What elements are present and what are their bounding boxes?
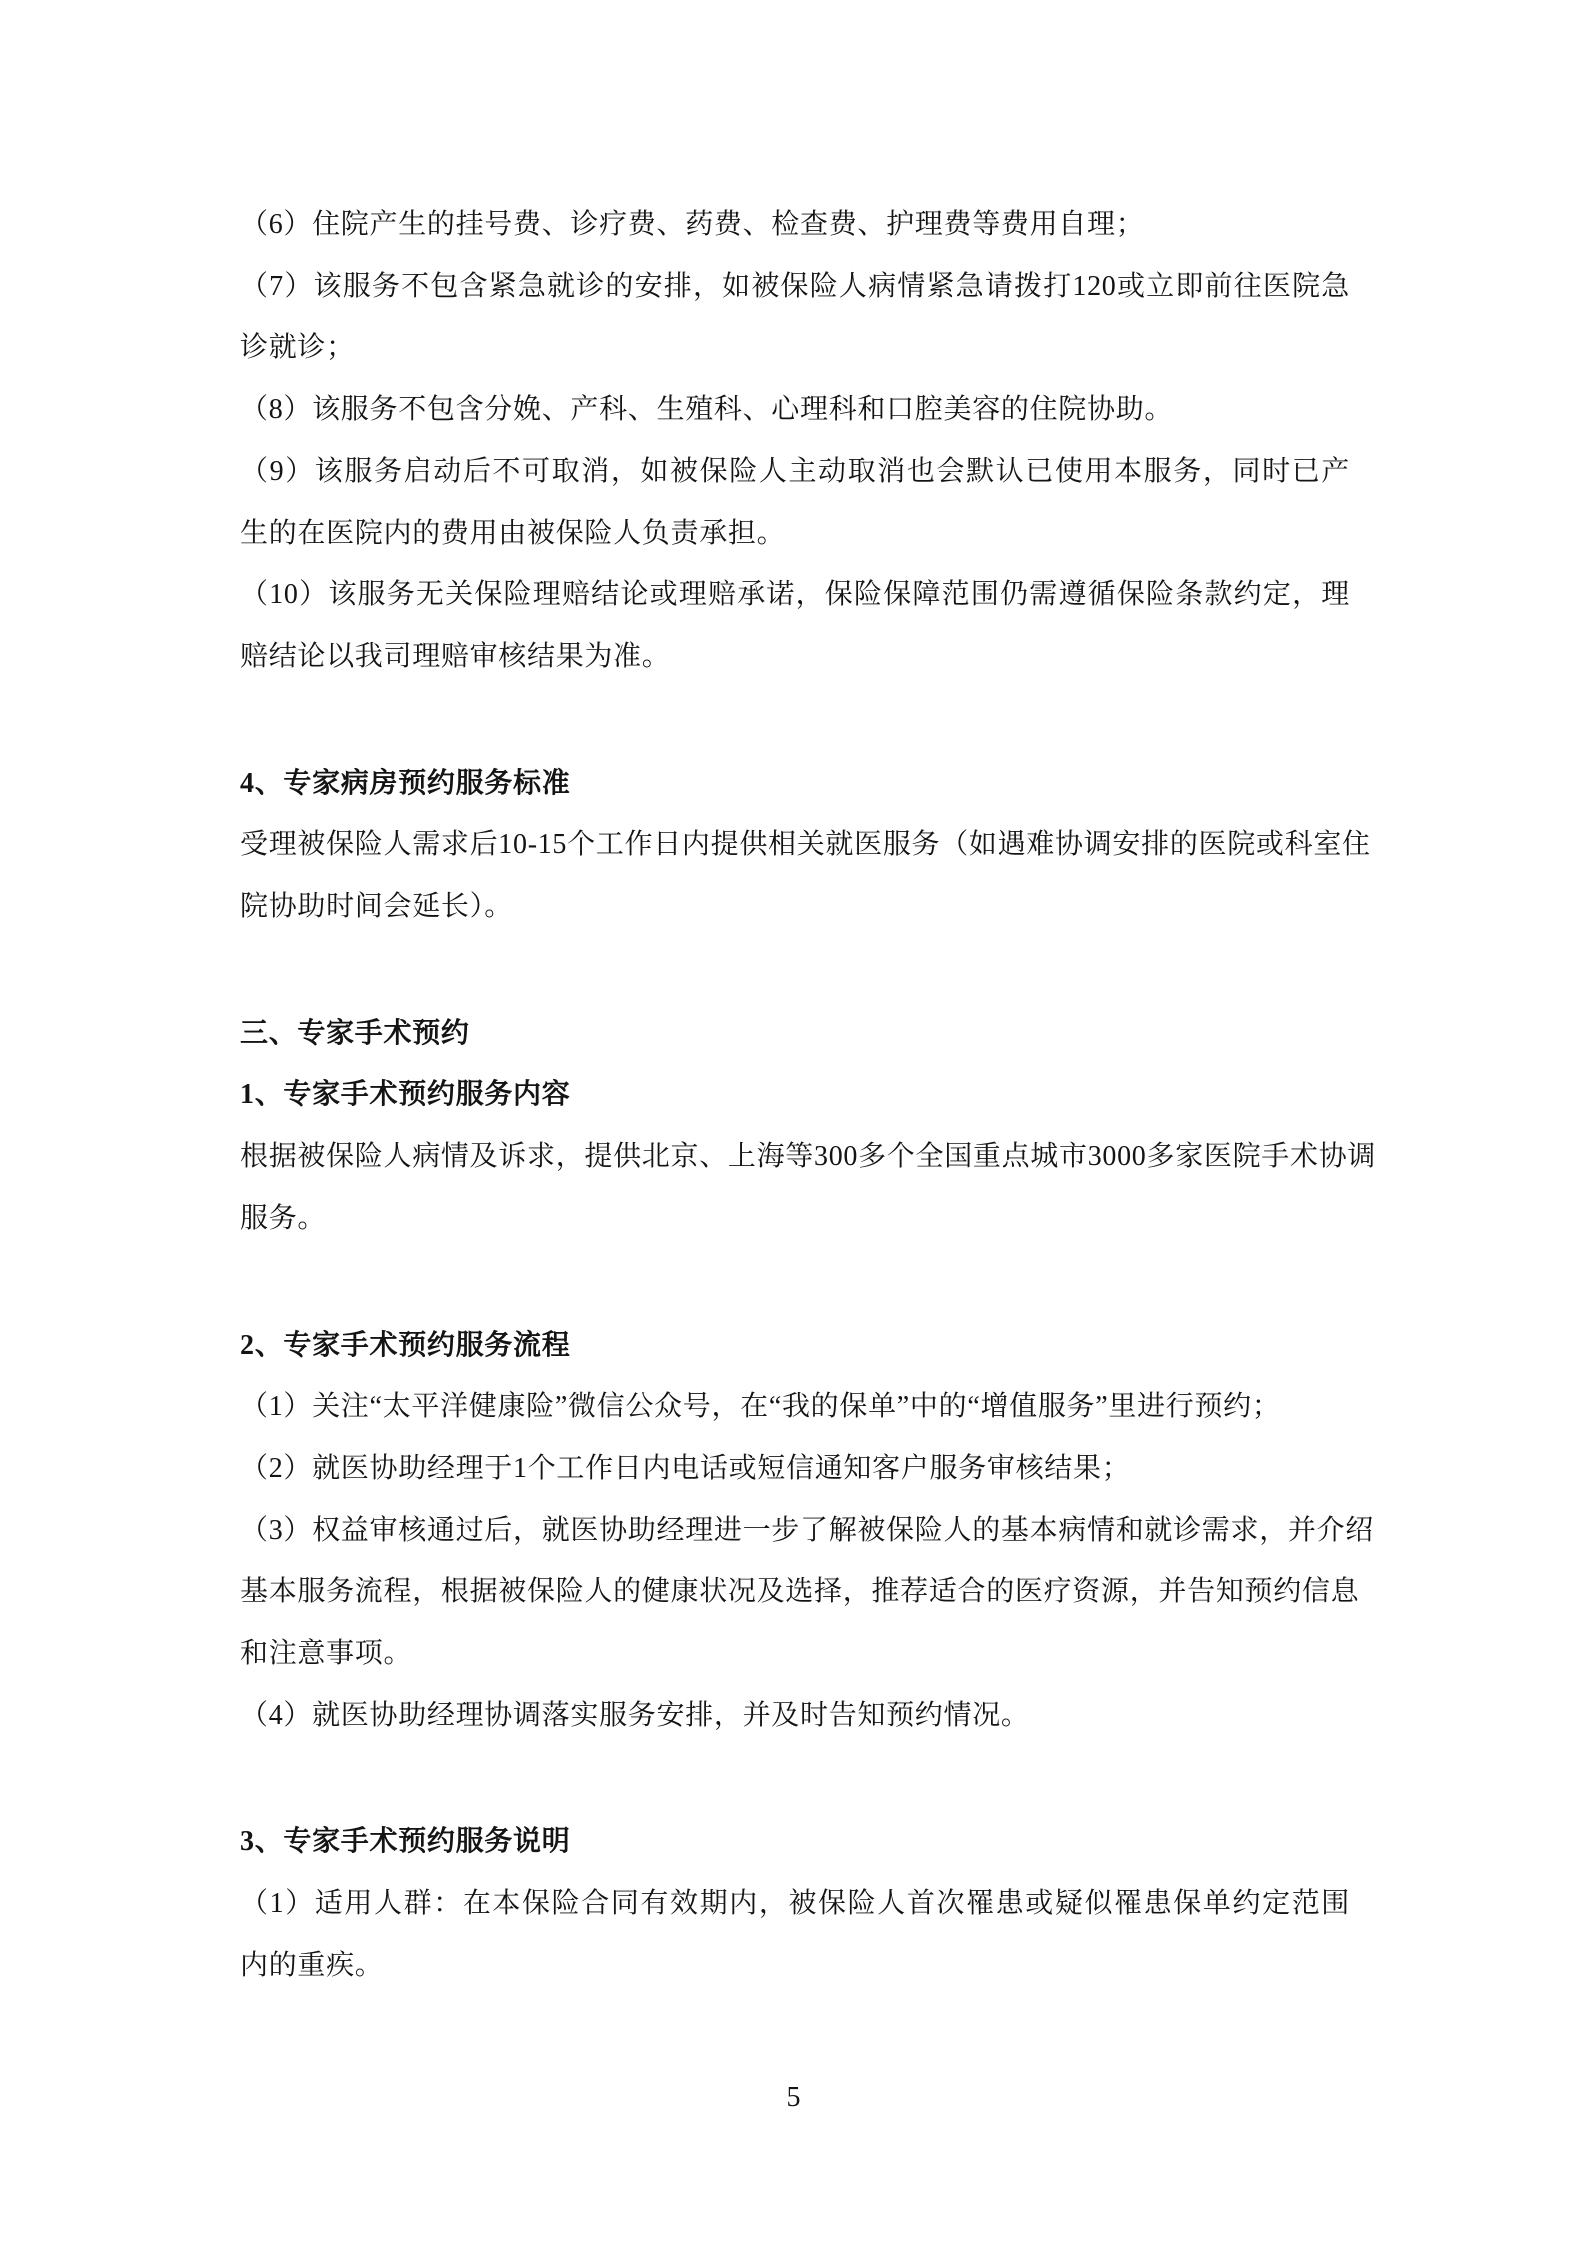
section-heading-service-notes: 3、专家手术预约服务说明: [240, 1811, 1350, 1873]
text-line: （6）住院产生的挂号费、诊疗费、药费、检查费、护理费等费用自理；: [240, 194, 1350, 256]
text-line: 和注意事项。: [240, 1623, 1350, 1685]
text-line: 受理被保险人需求后10-15个工作日内提供相关就医服务（如遇难协调安排的医院或科…: [240, 814, 1350, 876]
clause-item-7: （7）该服务不包含紧急就诊的安排，如被保险人病情紧急请拨打120或立即前往医院急…: [240, 256, 1350, 379]
text-line: （1）适用人群：在本保险合同有效期内，被保险人首次罹患或疑似罹患保单约定范围: [240, 1873, 1350, 1935]
clause-item-2: （2）就医协助经理于1个工作日内电话或短信通知客户服务审核结果；: [240, 1438, 1350, 1500]
document-body: （6）住院产生的挂号费、诊疗费、药费、检查费、护理费等费用自理； （7）该服务不…: [240, 194, 1350, 1997]
clause-item-4: （4）就医协助经理协调落实服务安排，并及时告知预约情况。: [240, 1685, 1350, 1747]
chapter-heading-surgery-appointment: 三、专家手术预约: [240, 1003, 1350, 1065]
clause-item-9: （9）该服务启动后不可取消，如被保险人主动取消也会默认已使用本服务，同时已产 生…: [240, 441, 1350, 564]
body-paragraph: 受理被保险人需求后10-15个工作日内提供相关就医服务（如遇难协调安排的医院或科…: [240, 814, 1350, 937]
clause-item-3: （3）权益审核通过后，就医协助经理进一步了解被保险人的基本病情和就诊需求，并介绍…: [240, 1500, 1350, 1685]
text-line: 根据被保险人病情及诉求，提供北京、上海等300多个全国重点城市3000多家医院手…: [240, 1126, 1350, 1188]
text-line: （10）该服务无关保险理赔结论或理赔承诺，保险保障范围仍需遵循保险条款约定，理: [240, 564, 1350, 626]
text-line: （2）就医协助经理于1个工作日内电话或短信通知客户服务审核结果；: [240, 1438, 1350, 1500]
clause-item-eligible: （1）适用人群：在本保险合同有效期内，被保险人首次罹患或疑似罹患保单约定范围 内…: [240, 1873, 1350, 1996]
text-line: 基本服务流程，根据被保险人的健康状况及选择，推荐适合的医疗资源，并告知预约信息: [240, 1561, 1350, 1623]
clause-item-6: （6）住院产生的挂号费、诊疗费、药费、检查费、护理费等费用自理；: [240, 194, 1350, 256]
text-line: （1）关注“太平洋健康险”微信公众号，在“我的保单”中的“增值服务”里进行预约；: [240, 1376, 1350, 1438]
text-line: 赔结论以我司理赔审核结果为准。: [240, 626, 1350, 688]
text-line: 诊就诊；: [240, 317, 1350, 379]
text-line: 院协助时间会延长）。: [240, 876, 1350, 938]
section-heading-service-content: 1、专家手术预约服务内容: [240, 1064, 1350, 1126]
body-paragraph: 根据被保险人病情及诉求，提供北京、上海等300多个全国重点城市3000多家医院手…: [240, 1126, 1350, 1249]
clause-item-8: （8）该服务不包含分娩、产科、生殖科、心理科和口腔美容的住院协助。: [240, 379, 1350, 441]
text-line: 生的在医院内的费用由被保险人负责承担。: [240, 503, 1350, 565]
text-line: （8）该服务不包含分娩、产科、生殖科、心理科和口腔美容的住院协助。: [240, 379, 1350, 441]
clause-item-1: （1）关注“太平洋健康险”微信公众号，在“我的保单”中的“增值服务”里进行预约；: [240, 1376, 1350, 1438]
text-line: （9）该服务启动后不可取消，如被保险人主动取消也会默认已使用本服务，同时已产: [240, 441, 1350, 503]
text-line: （3）权益审核通过后，就医协助经理进一步了解被保险人的基本病情和就诊需求，并介绍: [240, 1500, 1350, 1562]
text-line: （7）该服务不包含紧急就诊的安排，如被保险人病情紧急请拨打120或立即前往医院急: [240, 256, 1350, 318]
text-line: 服务。: [240, 1188, 1350, 1250]
clause-item-10: （10）该服务无关保险理赔结论或理赔承诺，保险保障范围仍需遵循保险条款约定，理 …: [240, 564, 1350, 687]
page-number: 5: [0, 2067, 1587, 2129]
text-line: （4）就医协助经理协调落实服务安排，并及时告知预约情况。: [240, 1685, 1350, 1747]
section-heading-ward-standard: 4、专家病房预约服务标准: [240, 753, 1350, 815]
text-line: 内的重疾。: [240, 1935, 1350, 1997]
document-page: （6）住院产生的挂号费、诊疗费、药费、检查费、护理费等费用自理； （7）该服务不…: [0, 0, 1587, 2245]
section-heading-service-process: 2、专家手术预约服务流程: [240, 1315, 1350, 1377]
